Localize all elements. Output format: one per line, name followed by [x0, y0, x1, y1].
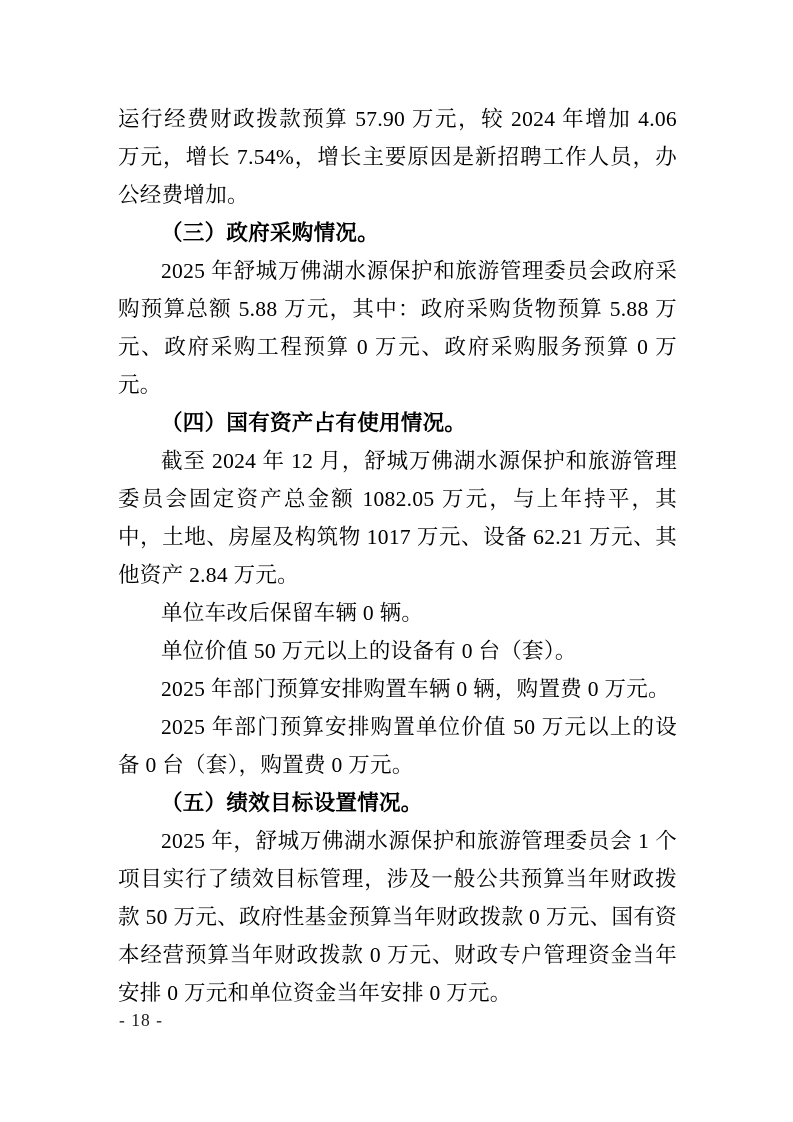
- paragraph-vehicle-purchase-plan: 2025 年部门预算安排购置车辆 0 辆，购置费 0 万元。: [118, 670, 677, 708]
- document-body: 运行经费财政拨款预算 57.90 万元，较 2024 年增加 4.06 万元，增…: [118, 100, 677, 1012]
- paragraph-performance-target-management: 2025 年，舒城万佛湖水源保护和旅游管理委员会 1 个项目实行了绩效目标管理，…: [118, 822, 677, 1012]
- paragraph-equipment-over-500k: 单位价值 50 万元以上的设备有 0 台（套）。: [118, 632, 677, 670]
- page-number: - 18 -: [119, 1010, 163, 1030]
- document-page: 运行经费财政拨款预算 57.90 万元，较 2024 年增加 4.06 万元，增…: [0, 0, 793, 1122]
- page-footer: - 18 -: [119, 1008, 163, 1032]
- section-heading-state-assets: （四）国有资产占有使用情况。: [118, 404, 677, 442]
- section-heading-government-procurement: （三）政府采购情况。: [118, 214, 677, 252]
- section-heading-performance-targets: （五）绩效目标设置情况。: [118, 784, 677, 822]
- paragraph-equipment-purchase-plan: 2025 年部门预算安排购置单位价值 50 万元以上的设备 0 台（套），购置费…: [118, 708, 677, 784]
- paragraph-procurement-budget: 2025 年舒城万佛湖水源保护和旅游管理委员会政府采购预算总额 5.88 万元，…: [118, 252, 677, 404]
- paragraph-fixed-assets: 截至 2024 年 12 月，舒城万佛湖水源保护和旅游管理委员会固定资产总金额 …: [118, 442, 677, 594]
- paragraph-running-costs-continued: 运行经费财政拨款预算 57.90 万元，较 2024 年增加 4.06 万元，增…: [118, 100, 677, 214]
- paragraph-retained-vehicles: 单位车改后保留车辆 0 辆。: [118, 594, 677, 632]
